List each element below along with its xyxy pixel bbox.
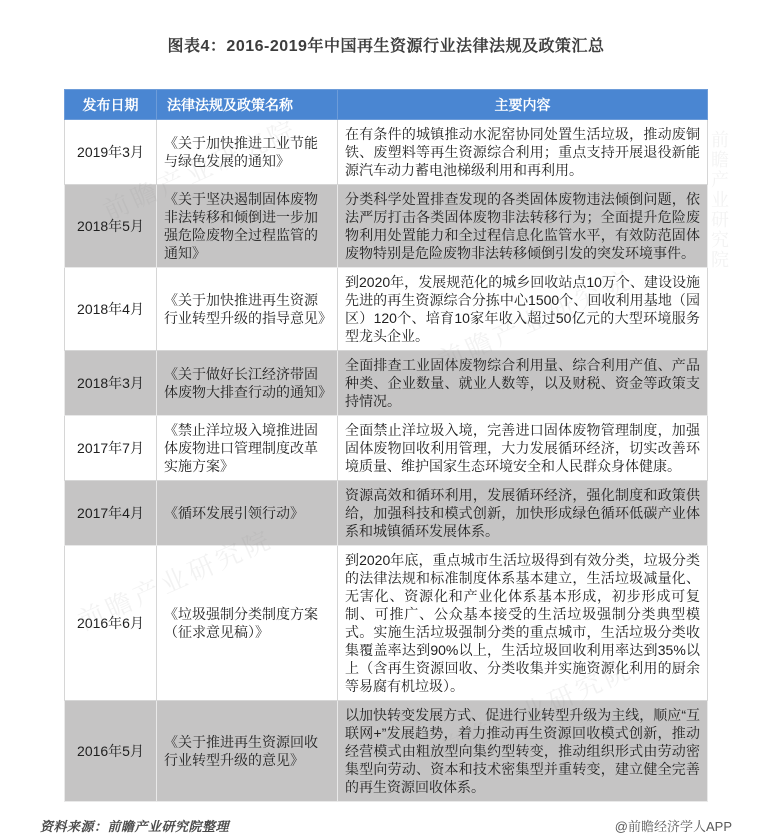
column-header-name: 法律法规及政策名称 (157, 90, 338, 120)
table-row: 2017年4月 《循环发展引领行动》 资源高效和循环利用，发展循环经济，强化制度… (65, 481, 708, 546)
policy-date: 2016年5月 (65, 701, 157, 802)
policy-date: 2018年5月 (65, 185, 157, 268)
header-row: 发布日期 法律法规及政策名称 主要内容 (65, 90, 708, 120)
policy-content: 到2020年底，重点城市生活垃圾得到有效分类，垃圾分类的法律法规和标准制度体系基… (338, 546, 708, 701)
policy-content: 到2020年，发展规范化的城乡回收站点10万个、建设设施先进的再生资源综合分拣中… (338, 268, 708, 351)
table-row: 2017年7月 《禁止洋垃圾入境推进固体废物进口管理制度改革实施方案》 全面禁止… (65, 416, 708, 481)
policy-name: 《循环发展引领行动》 (157, 481, 338, 546)
credit-note: @前瞻经济学人APP (615, 816, 732, 835)
policy-content: 分类科学处置排查发现的各类固体废物违法倾倒问题，依法严厉打击各类固体废物非法转移… (338, 185, 708, 268)
figure-footer: 资料来源：前瞻产业研究院整理 @前瞻经济学人APP (40, 816, 732, 835)
policy-content: 全面禁止洋垃圾入境，完善进口固体废物管理制度，加强固体废物回收利用管理，大力发展… (338, 416, 708, 481)
table-row: 2019年3月 《关于加快推进工业节能与绿色发展的通知》 在有条件的城镇推动水泥… (65, 120, 708, 185)
table-body: 2019年3月 《关于加快推进工业节能与绿色发展的通知》 在有条件的城镇推动水泥… (65, 120, 708, 802)
policy-name: 《垃圾强制分类制度方案（征求意见稿）》 (157, 546, 338, 701)
watermark: 前瞻产业研究院 (706, 130, 732, 270)
policy-content: 资源高效和循环利用，发展循环经济，强化制度和政策供给，加强科技和模式创新，加快形… (338, 481, 708, 546)
policy-name: 《关于坚决遏制固体废物非法转移和倾倒进一步加强危险废物全过程监管的通知》 (157, 185, 338, 268)
table-row: 2018年3月 《关于做好长江经济带固体废物大排查行动的通知》 全面排查工业固体… (65, 351, 708, 416)
policy-date: 2017年7月 (65, 416, 157, 481)
policy-name: 《关于加快推进再生资源行业转型升级的指导意见》 (157, 268, 338, 351)
table-row: 2018年4月 《关于加快推进再生资源行业转型升级的指导意见》 到2020年，发… (65, 268, 708, 351)
figure-page: 图表4：2016-2019年中国再生资源行业法律法规及政策汇总 前瞻产业研究院 … (0, 0, 772, 836)
policy-date: 2018年4月 (65, 268, 157, 351)
policy-table: 发布日期 法律法规及政策名称 主要内容 2019年3月 《关于加快推进工业节能与… (64, 89, 708, 802)
policy-name: 《关于推进再生资源回收行业转型升级的意见》 (157, 701, 338, 802)
figure-title: 图表4：2016-2019年中国再生资源行业法律法规及政策汇总 (0, 0, 772, 56)
table-row: 2016年6月 《垃圾强制分类制度方案（征求意见稿）》 到2020年底，重点城市… (65, 546, 708, 701)
table-row: 2016年5月 《关于推进再生资源回收行业转型升级的意见》 以加快转变发展方式、… (65, 701, 708, 802)
policy-content: 以加快转变发展方式、促进行业转型升级为主线，顺应“互联网+”发展趋势，着力推动再… (338, 701, 708, 802)
policy-date: 2016年6月 (65, 546, 157, 701)
column-header-content: 主要内容 (338, 90, 708, 120)
source-note: 资料来源：前瞻产业研究院整理 (40, 816, 229, 835)
policy-date: 2017年4月 (65, 481, 157, 546)
table-row: 2018年5月 《关于坚决遏制固体废物非法转移和倾倒进一步加强危险废物全过程监管… (65, 185, 708, 268)
policy-name: 《关于做好长江经济带固体废物大排查行动的通知》 (157, 351, 338, 416)
policy-name: 《禁止洋垃圾入境推进固体废物进口管理制度改革实施方案》 (157, 416, 338, 481)
policy-name: 《关于加快推进工业节能与绿色发展的通知》 (157, 120, 338, 185)
policy-date: 2018年3月 (65, 351, 157, 416)
policy-date: 2019年3月 (65, 120, 157, 185)
table-header: 发布日期 法律法规及政策名称 主要内容 (65, 90, 708, 120)
policy-content: 全面排查工业固体废物综合利用量、综合利用产值、产品种类、企业数量、就业人数等，以… (338, 351, 708, 416)
policy-content: 在有条件的城镇推动水泥窑协同处置生活垃圾，推动废铜铁、废塑料等再生资源综合利用；… (338, 120, 708, 185)
column-header-date: 发布日期 (65, 90, 157, 120)
